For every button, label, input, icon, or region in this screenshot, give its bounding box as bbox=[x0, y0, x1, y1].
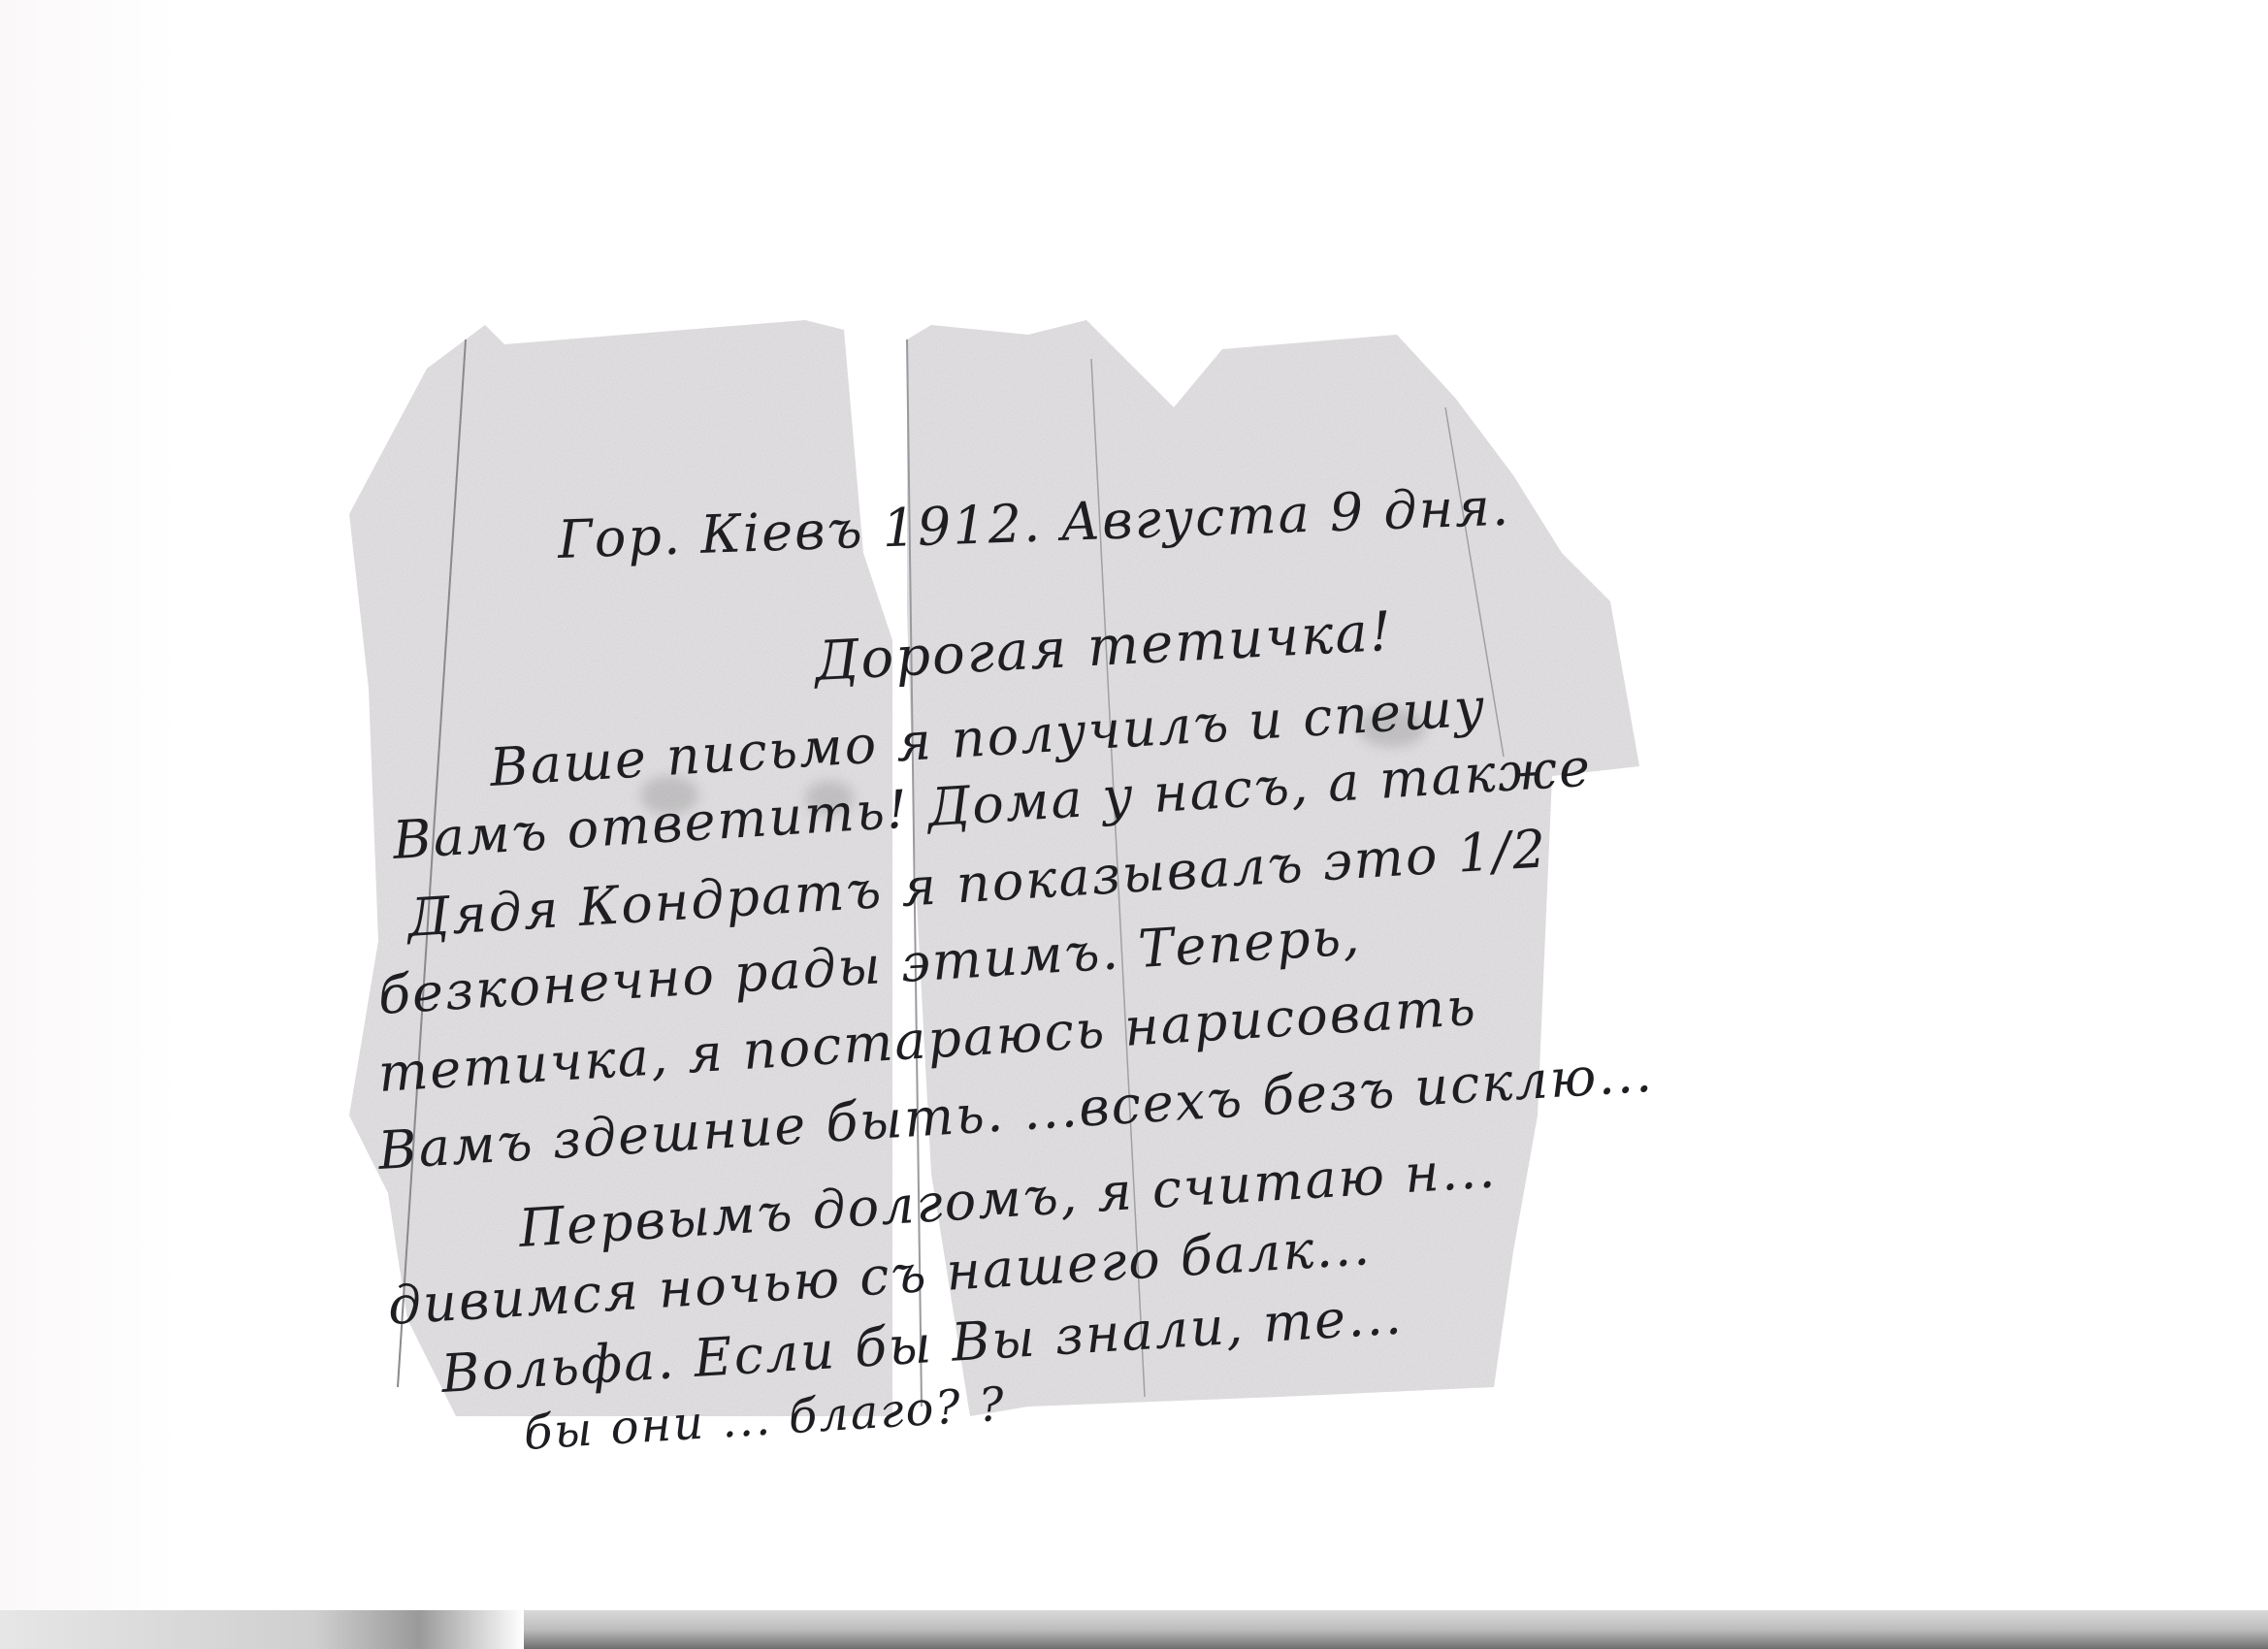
scanner-edge-shadow bbox=[0, 1610, 524, 1649]
letter-paper: Гор. Кіевъ 1912. Августа 9 дня. Дорогая … bbox=[349, 320, 1998, 1416]
